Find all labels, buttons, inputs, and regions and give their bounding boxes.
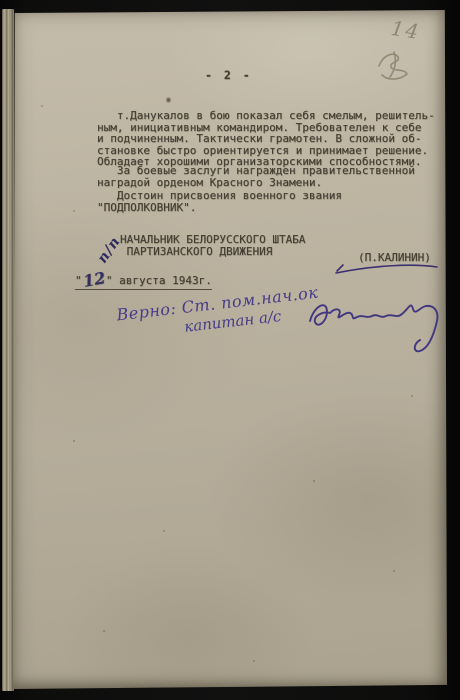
pencil-scribble	[379, 52, 407, 79]
date-close-quote: "	[106, 274, 113, 287]
certification-note: Верно: Ст. пом.нач.ок капитан а/с	[116, 283, 322, 344]
date-open-quote: "	[75, 274, 82, 287]
paragraph-promotion: Достоин присвоения военного звания "ПОДП…	[97, 190, 342, 213]
paragraph-evaluation: т.Данукалов в бою показал себя смелым, р…	[97, 110, 435, 168]
document-photo: - 2 - т.Данукалов в бою показал себя сме…	[0, 0, 460, 700]
signer-title: НАЧАЛЬНИК БЕЛОРУССКОГО ШТАБА ПАРТИЗАНСКО…	[120, 234, 305, 257]
pencil-page-number: 14	[389, 16, 422, 44]
signer-name: (П.КАЛИНИН)	[358, 252, 431, 264]
page-number: - 2 -	[205, 70, 252, 82]
date-line: "12" августа 1943г.	[75, 274, 212, 290]
document-page: - 2 - т.Данукалов в бою показал себя сме…	[13, 10, 447, 689]
ink-blot	[166, 97, 171, 103]
paragraph-award: За боевые заслуги награжден правительств…	[97, 165, 415, 188]
book-page-edges	[2, 9, 14, 691]
certifier-signature-stroke	[310, 305, 437, 351]
kalinin-underline-stroke	[336, 265, 437, 273]
date-month-year: августа 1943г.	[113, 274, 212, 287]
date-day-handwritten: 12	[82, 273, 106, 287]
